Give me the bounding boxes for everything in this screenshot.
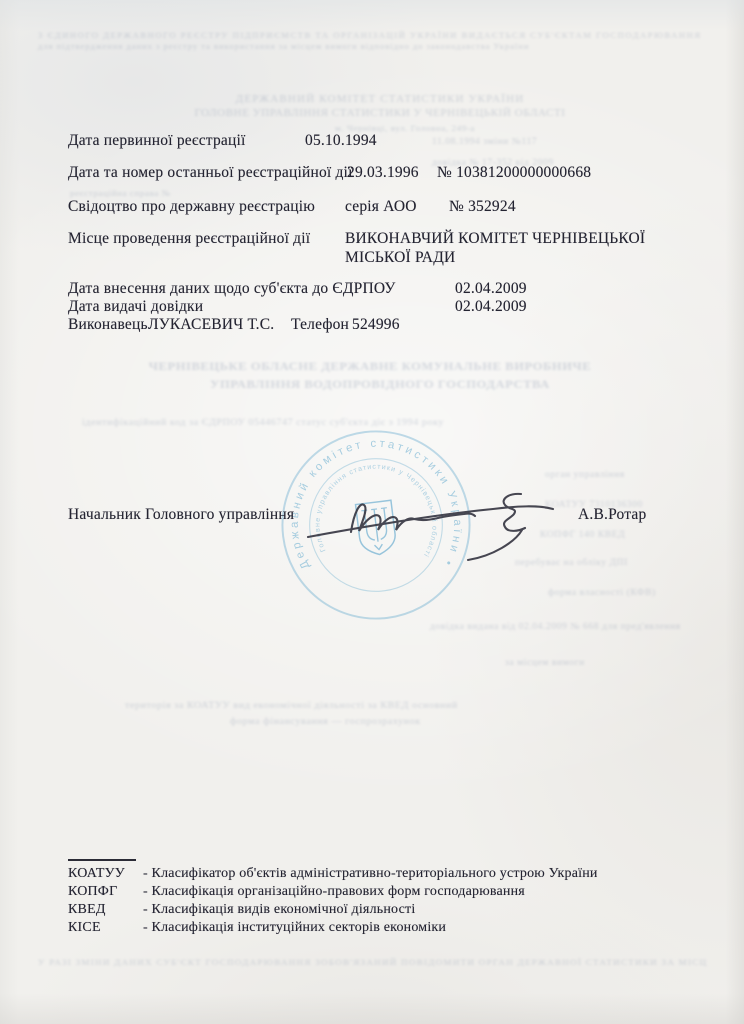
legend-definition-kved: - Класифікація видів економічної діяльно… [143, 902, 415, 918]
ghost-text-band: м. Чернівці, вул. Головна, 249-а [255, 123, 555, 133]
signature [283, 478, 578, 583]
ghost-text-fragment: за місцем вимоги [505, 658, 711, 668]
legend-definition-koatuu: - Класифікатор об'єктів адміністративно-… [143, 866, 598, 882]
legend-definition-kopfg: - Класифікація організаційно-правових фо… [143, 884, 525, 900]
signature-letters [351, 504, 475, 532]
field-value-certificate-number: № 352924 [449, 198, 516, 216]
field-value-certificate-issue-date: 02.04.2009 [455, 298, 527, 316]
field-value-registration-place-line1: ВИКОНАВЧИЙ КОМІТЕТ ЧЕРНІВЕЦЬКОЇ [345, 230, 645, 248]
signatory-title: Начальник Головного управління [68, 506, 294, 524]
field-label-executor: Виконавець [68, 316, 148, 334]
legend-definition-kise: - Класифікація інституційних секторів ек… [143, 920, 446, 936]
ghost-text-band: ГОЛОВНЕ УПРАВЛІННЯ СТАТИСТИКИ У ЧЕРНІВЕЦ… [105, 107, 655, 118]
ghost-text-band: З ЄДИНОГО ДЕРЖАВНОГО РЕЄСТРУ ПІДПРИЄМСТВ… [38, 30, 702, 40]
ghost-text-fragment: реєстраційна справа № [70, 188, 282, 198]
field-label-phone: Телефон [291, 316, 349, 334]
field-label-last-registration-action: Дата та номер останньої реєстраційної ді… [68, 164, 353, 182]
scanned-document-page: З ЄДИНОГО ДЕРЖАВНОГО РЕЄСТРУ ПІДПРИЄМСТВ… [0, 0, 744, 1024]
field-value-edrpou-entry-date: 02.04.2009 [455, 280, 527, 298]
field-value-last-registration-date: 29.03.1996 [347, 164, 419, 182]
field-value-phone: 524996 [352, 316, 400, 334]
ghost-text-band: для підтвердження даних з реєстру та вик… [38, 41, 702, 51]
signatory-name: А.В.Ротар [578, 506, 646, 524]
field-value-primary-registration-date: 05.10.1994 [305, 132, 377, 150]
field-label-primary-registration-date: Дата первинної реєстрації [68, 132, 246, 150]
field-value-executor-name: ЛУКАСЕВИЧ Т.С. [148, 316, 274, 334]
ghost-text-fragment: форма власності (КФВ) [548, 588, 710, 598]
field-value-last-registration-number: № 10381200000000668 [437, 164, 591, 182]
ghost-text-band: УПРАВЛІННЯ ВОДОПРОВІДНОГО ГОСПОДАРСТВА [180, 377, 580, 391]
ghost-text-band: ДЕРЖАВНИЙ КОМІТЕТ СТАТИСТИКИ УКРАЇНИ [150, 93, 610, 104]
field-value-certificate-series: серія АОО [345, 198, 417, 216]
signature-flourish [468, 494, 525, 560]
field-label-certificate-issue-date: Дата видачі довідки [68, 298, 203, 316]
ghost-text-band: ЧЕРНІВЕЦЬКЕ ОБЛАСНЕ ДЕРЖАВНЕ КОМУНАЛЬНЕ … [70, 359, 670, 373]
legend-term-kved: КВЕД [68, 902, 106, 918]
legend-term-kopfg: КОПФГ [68, 884, 117, 900]
ghost-text-fragment: 11.08.1994 зміни №117 [432, 137, 694, 147]
legend-term-koatuu: КОАТУУ [68, 866, 125, 882]
field-label-registration-place: Місце проведення реєстраційної дії [68, 230, 310, 248]
field-label-state-registration-certificate: Свідоцтво про державну реєстрацію [68, 198, 315, 216]
field-value-registration-place-line2: МІСЬКОЇ РАДИ [345, 249, 455, 267]
legend-term-kise: КІСЕ [68, 920, 101, 936]
footnote-rule [68, 859, 136, 861]
ghost-text-band: У РАЗІ ЗМІНИ ДАНИХ СУБ'ЄКТ ГОСПОДАРЮВАНН… [38, 957, 706, 967]
ghost-text-band: форма фінансування — госпрозрахунок [230, 716, 576, 726]
field-label-edrpou-entry-date: Дата внесення даних щодо суб'єкта до ЄДР… [68, 280, 396, 298]
ghost-text-band: територія за КОАТУУ вид економічної діял… [125, 700, 681, 710]
signature-underline [308, 506, 553, 537]
